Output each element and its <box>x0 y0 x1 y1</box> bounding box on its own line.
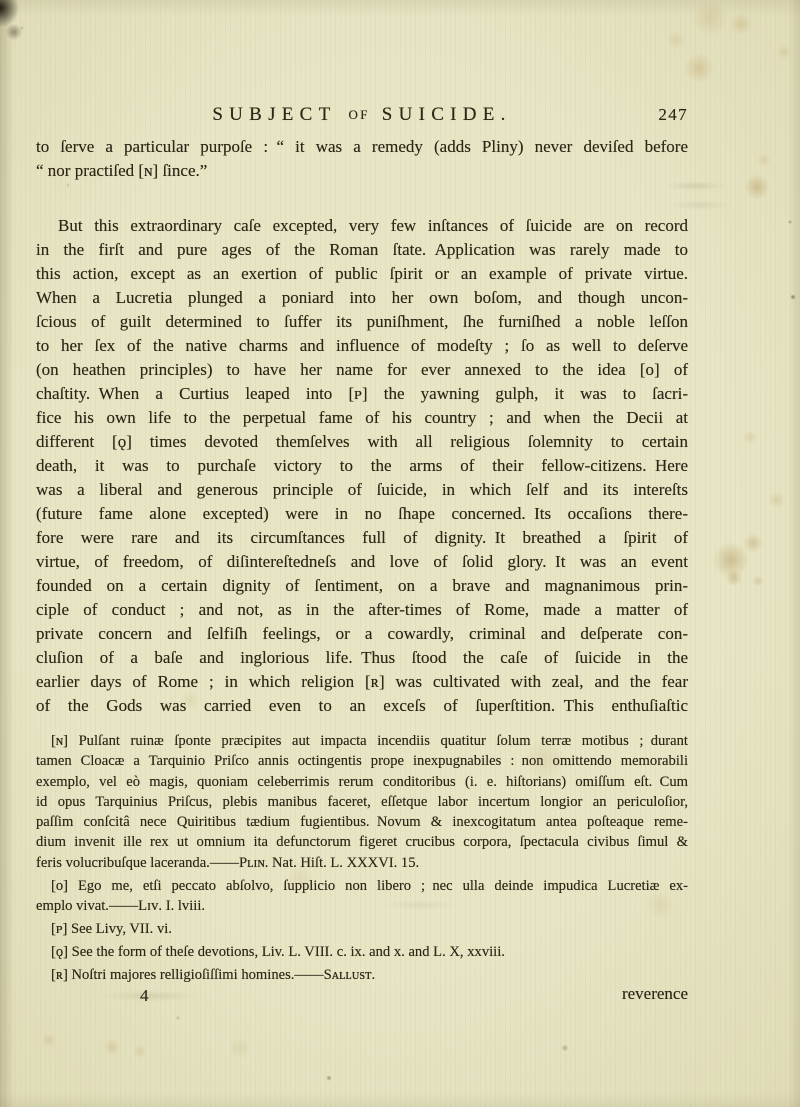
footnote-P: [ᴘ] See Livy, VII. vi. <box>36 919 688 939</box>
book-page: SUBJECTOFSUICIDE. 247 to ſerve a particu… <box>0 0 800 1107</box>
text-line: exemplo, vel eò magis, quoniam celeberri… <box>36 772 688 792</box>
text-line: But this extraordinary caſe excepted, ve… <box>36 214 688 238</box>
text-line: to ſerve a particular purpoſe : “ it was… <box>36 135 688 159</box>
text-line: ſcious of guilt determined to ſuffer its… <box>36 310 688 334</box>
text-line: earlier days of Rome ; in which religion… <box>36 670 688 694</box>
footnote-R: [ʀ] Noſtri majores relligioſiſſimi homin… <box>36 965 688 985</box>
text-line: cluſion of a baſe and inglorious life. T… <box>36 646 688 670</box>
text-line: id opus Tarquinius Priſcus, plebis manib… <box>36 792 688 812</box>
text-line: to her ſex of the native charms and infl… <box>36 334 688 358</box>
text-line: paſſim conſcitâ nece Quiritibus tædium f… <box>36 812 688 832</box>
footnotes: [ɴ] Pulſant ruinæ ſponte præcipites aut … <box>36 731 688 989</box>
footnote-Q: [ǫ] See the form of theſe devotions, Liv… <box>36 942 688 962</box>
text-line: (future fame alone excepted) were in no … <box>36 502 688 526</box>
text-line: different [ǫ] times devoted themſelves w… <box>36 430 688 454</box>
text-line: “ nor practiſed [ɴ] ſince.” <box>36 159 688 183</box>
running-title: SUBJECTOFSUICIDE. <box>36 104 688 126</box>
text-line: this action, except as an exertion of pu… <box>36 262 688 286</box>
text-line: tamen Cloacæ a Tarquinio Priſco annis oc… <box>36 751 688 771</box>
page-header: SUBJECTOFSUICIDE. 247 <box>36 104 688 130</box>
text-line: chaſtity. When a Curtius leaped into [ᴘ]… <box>36 382 688 406</box>
running-title-word-subject: SUBJECT <box>212 104 336 125</box>
footnote-O: [ᴏ] Ego me, etſi peccato abſolvo, ſuppli… <box>36 876 688 917</box>
text-line: (on heathen principles) to have her name… <box>36 358 688 382</box>
text-line: dium invenit ille rex ut omnium ita defu… <box>36 832 688 852</box>
text-line: [ɴ] Pulſant ruinæ ſponte præcipites aut … <box>36 731 688 751</box>
signature-mark: 4 <box>140 986 149 1006</box>
text-line: fice his own life to the perpetual fame … <box>36 406 688 430</box>
page-number: 247 <box>658 105 688 125</box>
text-line: fore were rare and its circumſtances ful… <box>36 526 688 550</box>
text-line: [ǫ] See the form of theſe devotions, Liv… <box>36 942 688 962</box>
text-line: [ʀ] Noſtri majores relligioſiſſimi homin… <box>36 965 688 985</box>
text-line: [ᴘ] See Livy, VII. vi. <box>36 919 688 939</box>
page-foot: 4 reverence <box>36 984 688 1006</box>
text-line: death, it was to purchaſe victory to the… <box>36 454 688 478</box>
text-line: ciple of conduct ; and not, as in the af… <box>36 598 688 622</box>
running-title-word-of: OF <box>348 107 369 122</box>
catchword: reverence <box>622 984 688 1004</box>
text-line: feris volucribuſque laceranda.——Pʟɪɴ. Na… <box>36 853 688 873</box>
paragraph-continuation: to ſerve a particular purpoſe : “ it was… <box>36 135 688 183</box>
text-line: in the firſt and pure ages of the Roman … <box>36 238 688 262</box>
text-line: When a Lucretia plunged a poniard into h… <box>36 286 688 310</box>
text-line: [ᴏ] Ego me, etſi peccato abſolvo, ſuppli… <box>36 876 688 896</box>
text-line: was a liberal and generous principle of … <box>36 478 688 502</box>
text-line: private concern and ſelfiſh feelings, or… <box>36 622 688 646</box>
text-line: emplo vivat.——Lɪᴠ. I. lviii. <box>36 896 688 916</box>
text-line: virtue, of freedom, of diſintereſtedneſs… <box>36 550 688 574</box>
paragraph-main: But this extraordinary caſe excepted, ve… <box>36 214 688 718</box>
text-line: founded on a certain dignity of ſentimen… <box>36 574 688 598</box>
running-title-word-suicide: SUICIDE. <box>382 104 512 125</box>
text-line: of the Gods was carried even to an exceſ… <box>36 694 688 718</box>
footnote-N: [ɴ] Pulſant ruinæ ſponte præcipites aut … <box>36 731 688 873</box>
